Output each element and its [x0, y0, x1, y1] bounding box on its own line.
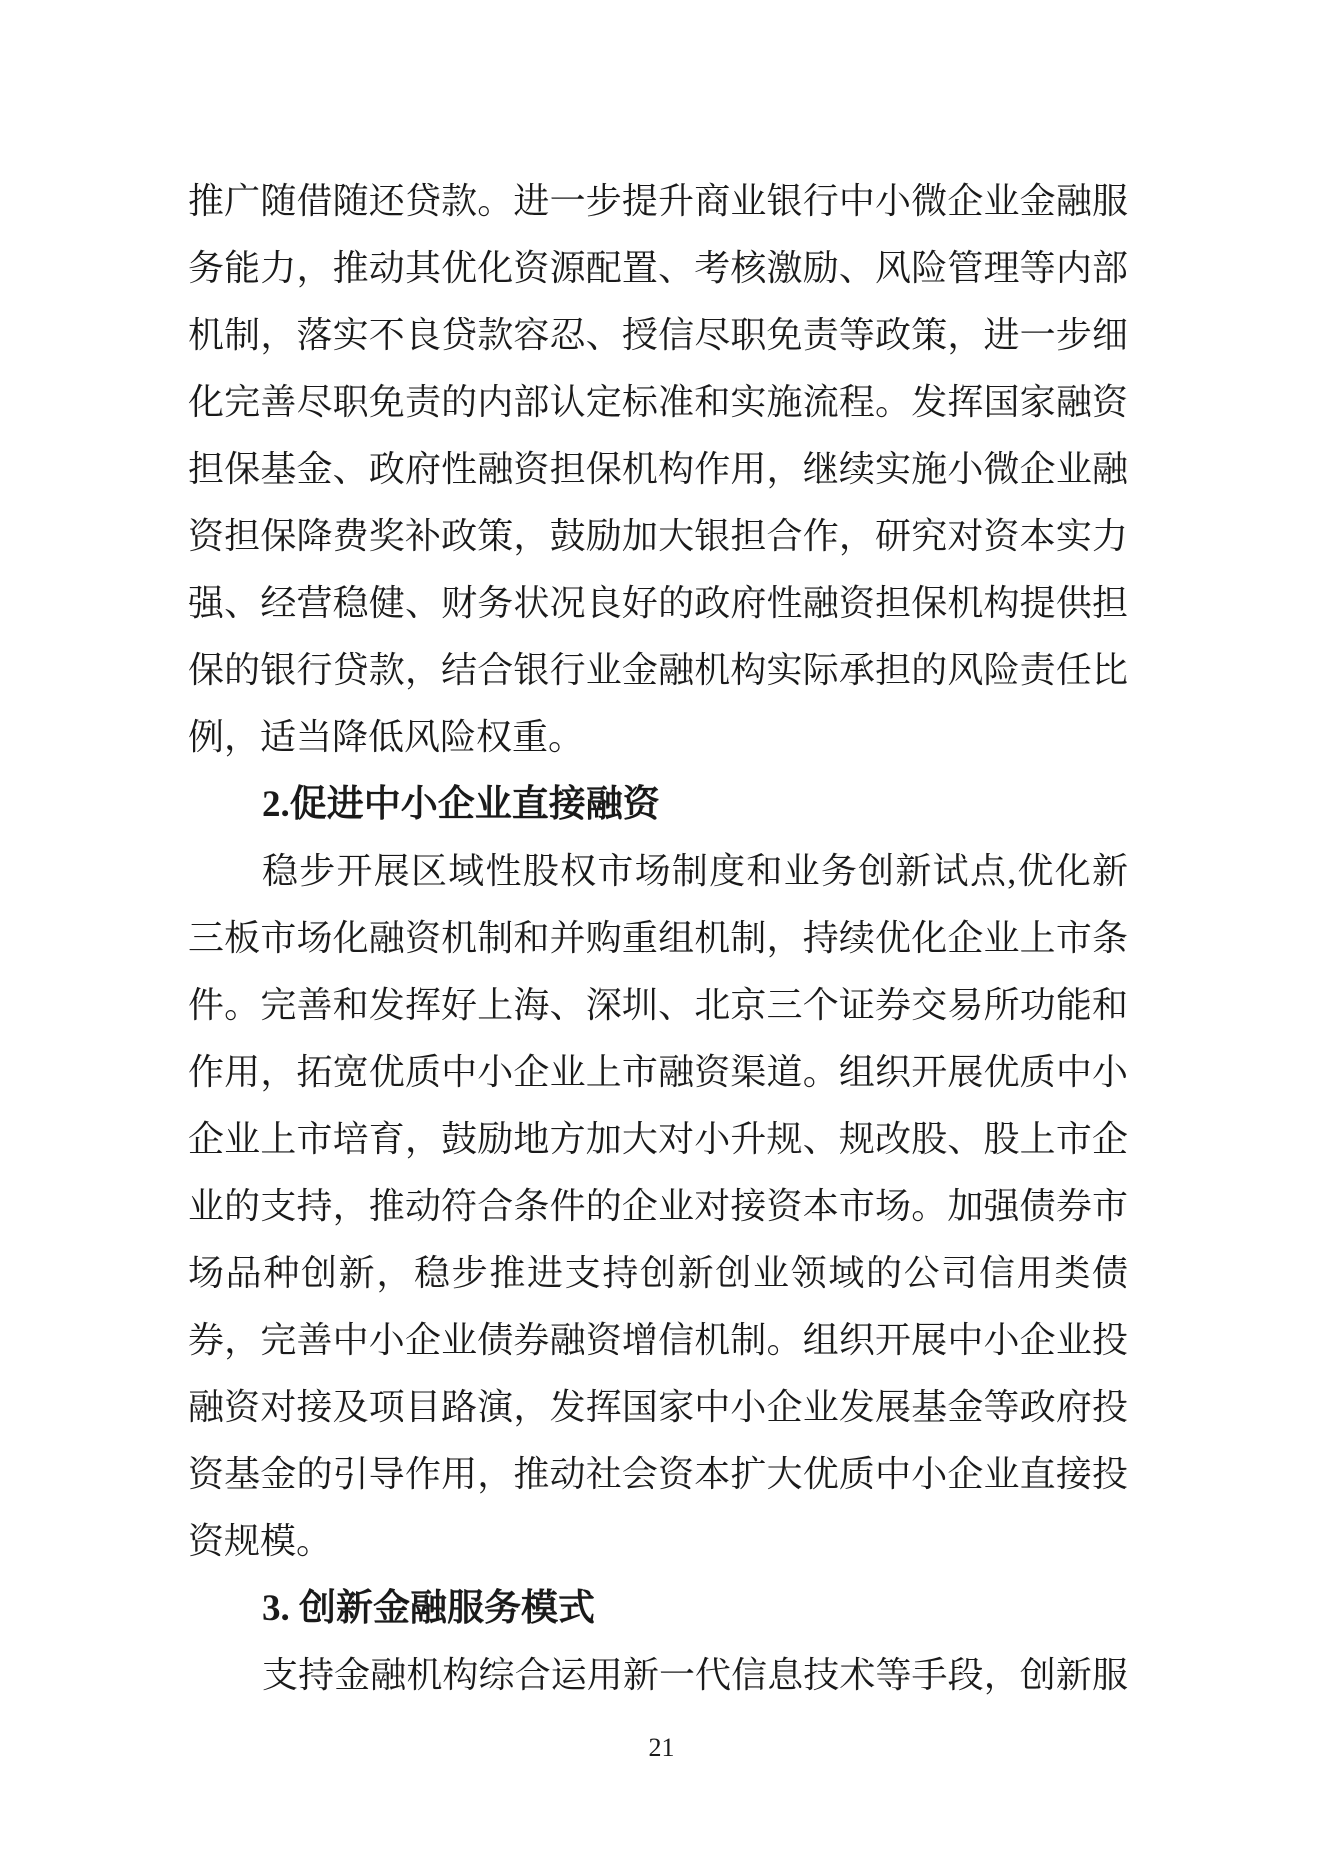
paragraph-line: 企业上市培育，鼓励地方加大对小升规、规改股、股上市企 — [188, 1106, 1128, 1173]
paragraph-line: 作用，拓宽优质中小企业上市融资渠道。组织开展优质中小 — [188, 1039, 1128, 1106]
paragraph-line: 保的银行贷款，结合银行业金融机构实际承担的风险责任比 — [188, 637, 1128, 704]
paragraph-line: 务能力，推动其优化资源配置、考核激励、风险管理等内部 — [188, 235, 1128, 302]
page-number: 21 — [0, 1726, 1323, 1770]
text-block: 推广随借随还贷款。进一步提升商业银行中小微企业金融服务能力，推动其优化资源配置、… — [188, 168, 1128, 1709]
paragraph-line: 资担保降费奖补政策，鼓励加大银担合作，研究对资本实力 — [188, 503, 1128, 570]
paragraph-line: 券，完善中小企业债券融资增信机制。组织开展中小企业投 — [188, 1307, 1128, 1374]
paragraph-line: 支持金融机构综合运用新一代信息技术等手段，创新服 — [188, 1642, 1128, 1709]
paragraph-line: 件。完善和发挥好上海、深圳、北京三个证券交易所功能和 — [188, 972, 1128, 1039]
paragraph-line: 例，适当降低风险权重。 — [188, 704, 1128, 771]
paragraph-line: 场品种创新，稳步推进支持创新创业领域的公司信用类债 — [188, 1240, 1128, 1307]
section-heading: 3. 创新金融服务模式 — [188, 1575, 1128, 1642]
paragraph-line: 稳步开展区域性股权市场制度和业务创新试点,优化新 — [188, 838, 1128, 905]
paragraph-line: 推广随借随还贷款。进一步提升商业银行中小微企业金融服 — [188, 168, 1128, 235]
section-heading: 2.促进中小企业直接融资 — [188, 771, 1128, 838]
paragraph-line: 资规模。 — [188, 1508, 1128, 1575]
paragraph-line: 机制，落实不良贷款容忍、授信尽职免责等政策，进一步细 — [188, 302, 1128, 369]
paragraph-line: 三板市场化融资机制和并购重组机制，持续优化企业上市条 — [188, 905, 1128, 972]
paragraph-line: 强、经营稳健、财务状况良好的政府性融资担保机构提供担 — [188, 570, 1128, 637]
paragraph-line: 业的支持，推动符合条件的企业对接资本市场。加强债券市 — [188, 1173, 1128, 1240]
paragraph-line: 化完善尽职免责的内部认定标准和实施流程。发挥国家融资 — [188, 369, 1128, 436]
paragraph-line: 融资对接及项目路演，发挥国家中小企业发展基金等政府投 — [188, 1374, 1128, 1441]
paragraph-line: 资基金的引导作用，推动社会资本扩大优质中小企业直接投 — [188, 1441, 1128, 1508]
paragraph-line: 担保基金、政府性融资担保机构作用，继续实施小微企业融 — [188, 436, 1128, 503]
document-page: 推广随借随还贷款。进一步提升商业银行中小微企业金融服务能力，推动其优化资源配置、… — [0, 0, 1323, 1871]
